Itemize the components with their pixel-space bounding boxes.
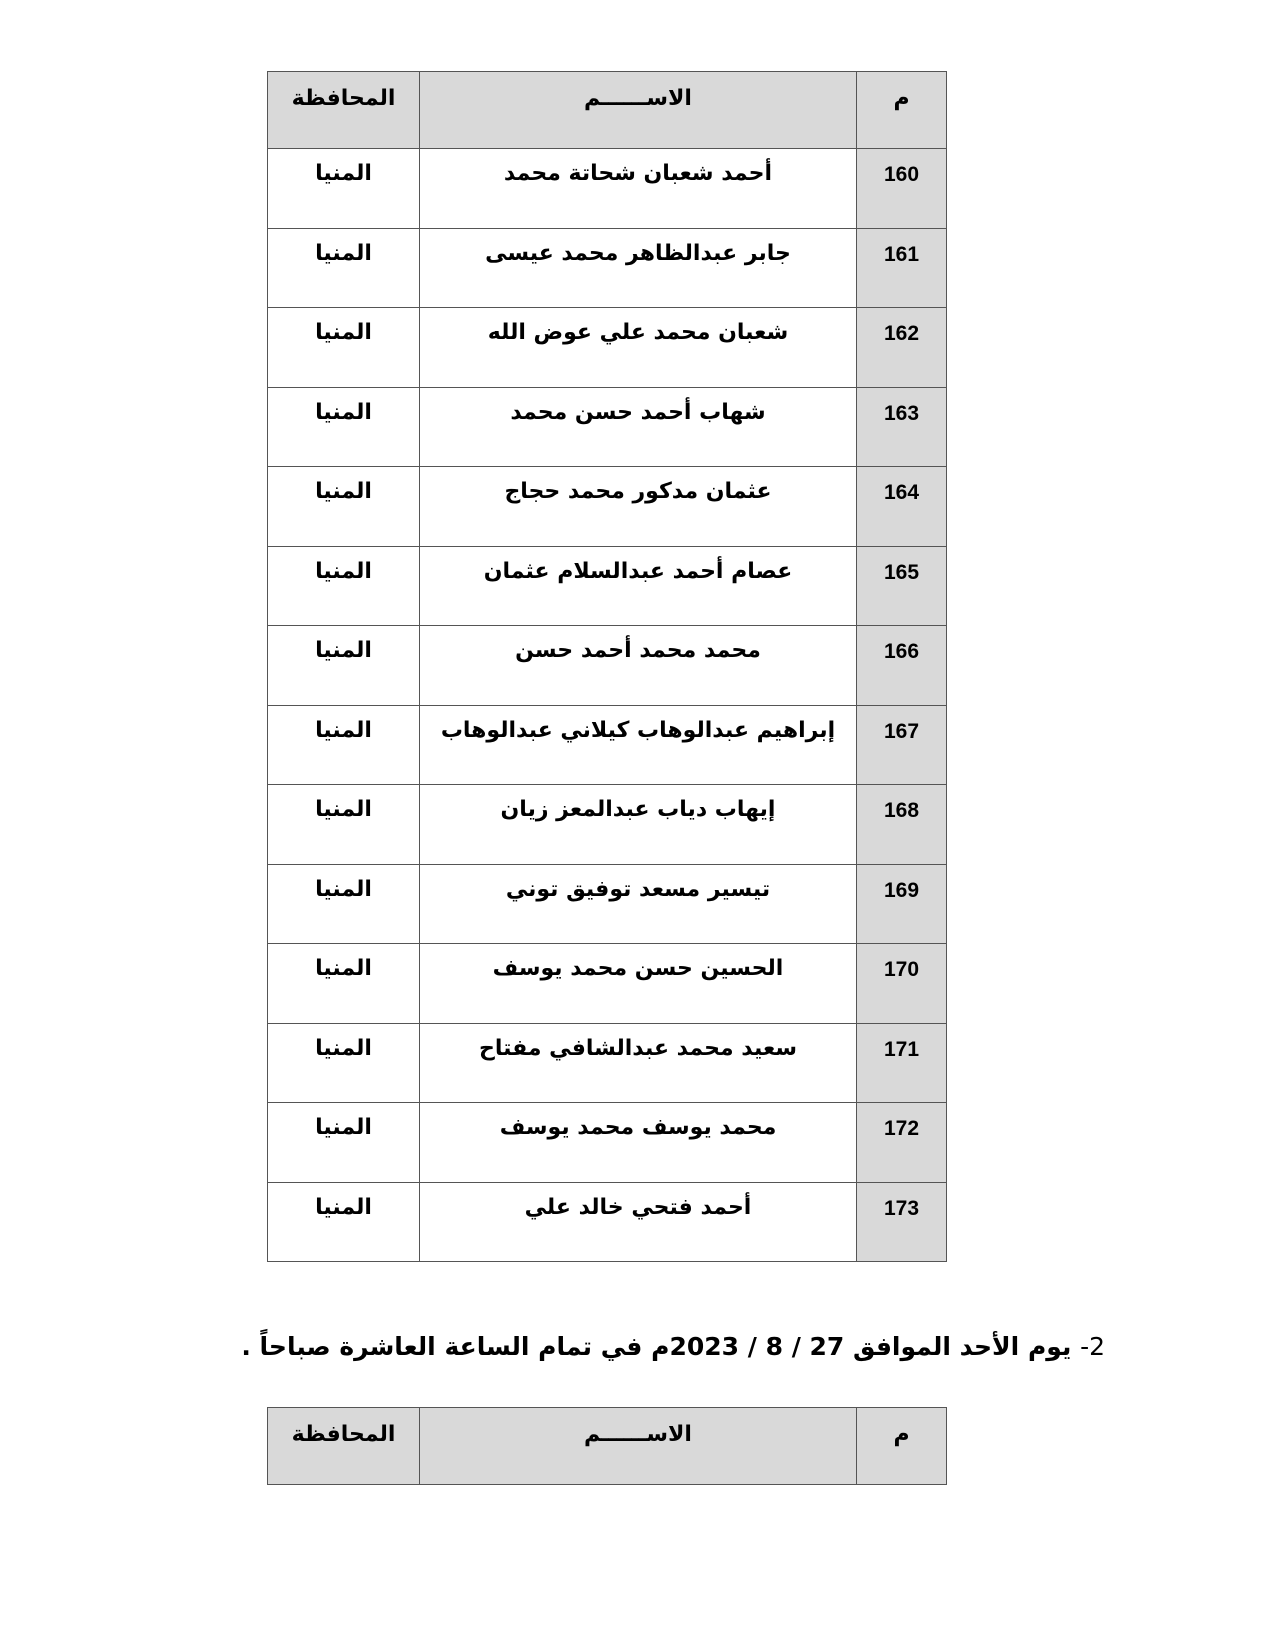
table-row: 170الحسين حسن محمد يوسفالمنيا xyxy=(268,944,947,1024)
row-name: محمد يوسف محمد يوسف xyxy=(420,1103,857,1183)
table-header-row: م الاســــــم المحافظة xyxy=(268,1408,947,1485)
row-index: 165 xyxy=(857,546,947,626)
header-governorate: المحافظة xyxy=(268,1408,420,1485)
row-index: 169 xyxy=(857,864,947,944)
row-name: جابر عبدالظاهر محمد عيسى xyxy=(420,228,857,308)
row-governorate: المنيا xyxy=(268,626,420,706)
row-index: 163 xyxy=(857,387,947,467)
table-row: 172محمد يوسف محمد يوسفالمنيا xyxy=(268,1103,947,1183)
header-index: م xyxy=(857,72,947,149)
row-governorate: المنيا xyxy=(268,387,420,467)
table-row: 171سعيد محمد عبدالشافي مفتاحالمنيا xyxy=(268,1023,947,1103)
table-row: 161جابر عبدالظاهر محمد عيسىالمنيا xyxy=(268,228,947,308)
row-index: 162 xyxy=(857,308,947,388)
row-index: 161 xyxy=(857,228,947,308)
table-row: 164عثمان مدكور محمد حجاجالمنيا xyxy=(268,467,947,547)
row-governorate: المنيا xyxy=(268,1023,420,1103)
row-index: 171 xyxy=(857,1023,947,1103)
row-name: عصام أحمد عبدالسلام عثمان xyxy=(420,546,857,626)
row-name: عثمان مدكور محمد حجاج xyxy=(420,467,857,547)
row-governorate: المنيا xyxy=(268,149,420,229)
table-row: 165عصام أحمد عبدالسلام عثمانالمنيا xyxy=(268,546,947,626)
row-index: 167 xyxy=(857,705,947,785)
roster-table-1: م الاســــــم المحافظة 160أحمد شعبان شحا… xyxy=(267,71,947,1262)
row-name: أحمد فتحي خالد علي xyxy=(420,1182,857,1262)
section-text: يوم الأحد الموافق 27 / 8 / 2023م في تمام… xyxy=(241,1332,1071,1361)
row-index: 166 xyxy=(857,626,947,706)
table-row: 168إيهاب دياب عبدالمعز زيانالمنيا xyxy=(268,785,947,865)
row-name: محمد محمد أحمد حسن xyxy=(420,626,857,706)
row-governorate: المنيا xyxy=(268,546,420,626)
row-governorate: المنيا xyxy=(268,308,420,388)
roster-table-2: م الاســــــم المحافظة xyxy=(267,1407,947,1485)
header-name: الاســــــم xyxy=(420,1408,857,1485)
row-governorate: المنيا xyxy=(268,864,420,944)
table-header-row: م الاســــــم المحافظة xyxy=(268,72,947,149)
row-index: 160 xyxy=(857,149,947,229)
table-row: 163شهاب أحمد حسن محمدالمنيا xyxy=(268,387,947,467)
row-name: شعبان محمد علي عوض الله xyxy=(420,308,857,388)
row-name: أحمد شعبان شحاتة محمد xyxy=(420,149,857,229)
row-governorate: المنيا xyxy=(268,705,420,785)
header-governorate: المحافظة xyxy=(268,72,420,149)
table-row: 173أحمد فتحي خالد عليالمنيا xyxy=(268,1182,947,1262)
table-row: 167إبراهيم عبدالوهاب كيلاني عبدالوهابالم… xyxy=(268,705,947,785)
header-index: م xyxy=(857,1408,947,1485)
row-name: تيسير مسعد توفيق توني xyxy=(420,864,857,944)
row-name: إيهاب دياب عبدالمعز زيان xyxy=(420,785,857,865)
header-name: الاســــــم xyxy=(420,72,857,149)
section-number: 2- xyxy=(1080,1332,1105,1361)
row-governorate: المنيا xyxy=(268,1103,420,1183)
section-heading: 2- يوم الأحد الموافق 27 / 8 / 2023م في ت… xyxy=(241,1332,1105,1361)
table-row: 162شعبان محمد علي عوض اللهالمنيا xyxy=(268,308,947,388)
row-index: 164 xyxy=(857,467,947,547)
row-governorate: المنيا xyxy=(268,944,420,1024)
table-row: 160أحمد شعبان شحاتة محمدالمنيا xyxy=(268,149,947,229)
row-index: 170 xyxy=(857,944,947,1024)
row-governorate: المنيا xyxy=(268,1182,420,1262)
row-name: الحسين حسن محمد يوسف xyxy=(420,944,857,1024)
row-governorate: المنيا xyxy=(268,467,420,547)
row-index: 173 xyxy=(857,1182,947,1262)
row-index: 172 xyxy=(857,1103,947,1183)
row-name: سعيد محمد عبدالشافي مفتاح xyxy=(420,1023,857,1103)
row-index: 168 xyxy=(857,785,947,865)
table-row: 166محمد محمد أحمد حسنالمنيا xyxy=(268,626,947,706)
table-row: 169تيسير مسعد توفيق تونيالمنيا xyxy=(268,864,947,944)
row-governorate: المنيا xyxy=(268,785,420,865)
row-governorate: المنيا xyxy=(268,228,420,308)
row-name: إبراهيم عبدالوهاب كيلاني عبدالوهاب xyxy=(420,705,857,785)
row-name: شهاب أحمد حسن محمد xyxy=(420,387,857,467)
